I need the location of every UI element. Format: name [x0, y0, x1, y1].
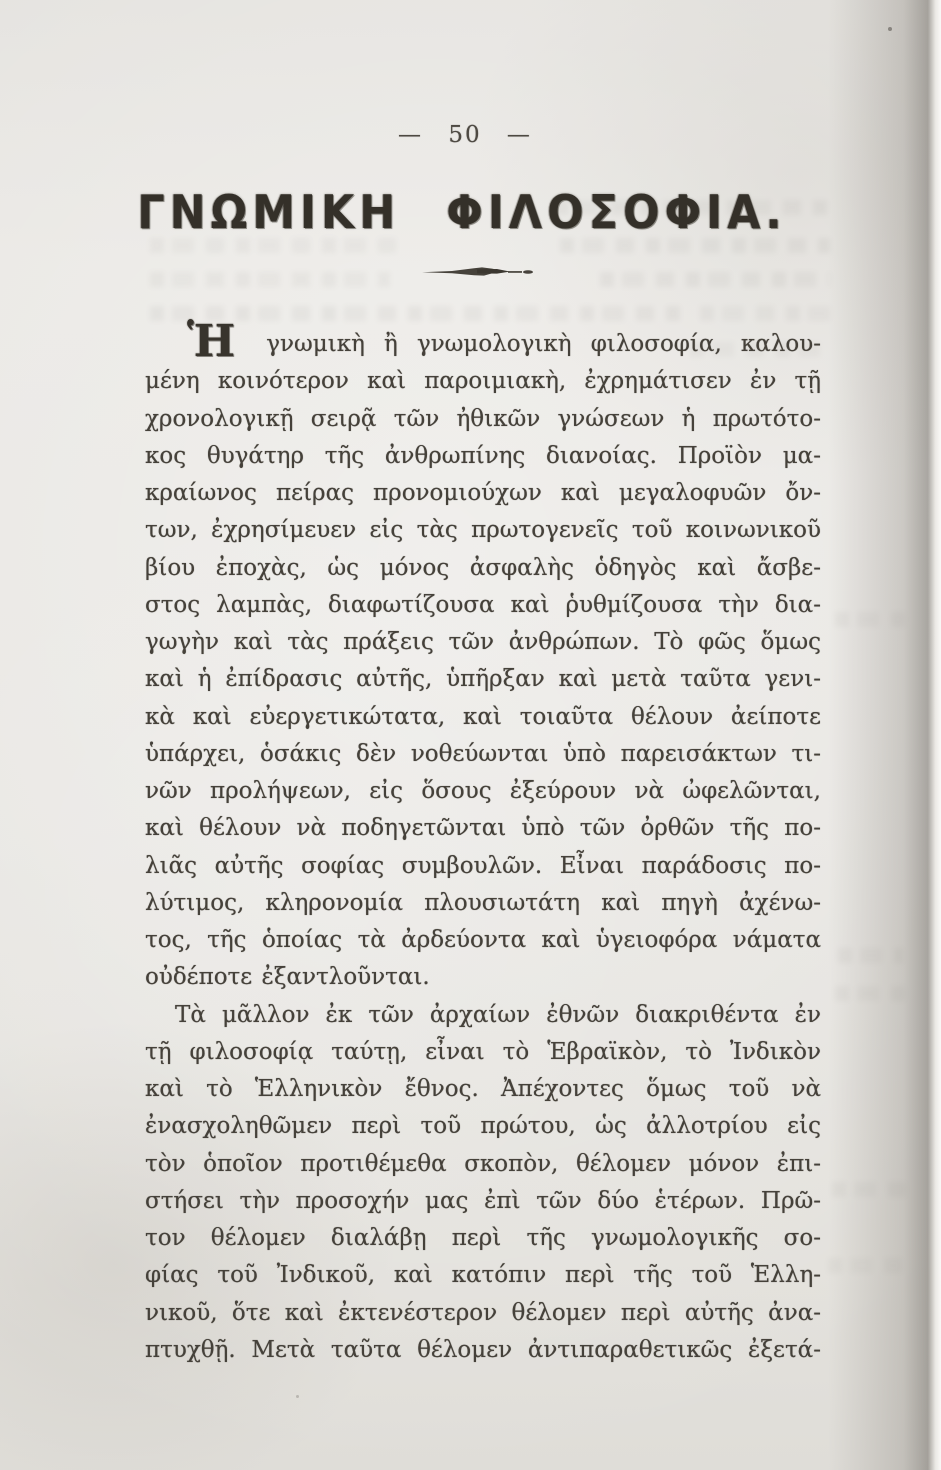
bleedthrough-artifact [700, 306, 830, 321]
text-line: στος λαμπὰς, διαφωτίζουσα καὶ ῥυθμίζουσα… [145, 587, 821, 624]
body-text: Ἡ γνωμικὴ ἢ γνωμολογικὴ φιλοσοφία, καλου… [145, 326, 821, 1369]
text-line: καὶ τὸ Ἑλληνικὸν ἔθνος. Ἀπέχοντες ὅμως τ… [145, 1071, 821, 1108]
bleedthrough-artifact [150, 272, 390, 287]
text-line: τον θέλομεν διαλάβῃ περὶ τῆς γνωμολογικῆ… [145, 1220, 821, 1257]
drop-cap-initial: Ἡ [187, 316, 237, 367]
text-line: καὶ θέλουν νὰ ποδηγετῶνται ὑπὸ τῶν ὀρθῶν… [145, 810, 821, 847]
bleedthrough-artifact [600, 272, 830, 287]
text-line: βίου ἐποχὰς, ὡς μόνος ἀσφαλὴς ὁδηγὸς καὶ… [145, 550, 821, 587]
bleedthrough-artifact [832, 1182, 907, 1197]
bleedthrough-artifact [835, 986, 905, 1001]
text-line: λύτιμος, κληρονομία πλουσιωτάτη καὶ πηγὴ… [145, 885, 821, 922]
text-line: νικοῦ, ὅτε καὶ ἐκτενέστερον θέλομεν περὶ… [145, 1295, 821, 1332]
text-line: ἐνασχοληθῶμεν περὶ τοῦ πρώτου, ὡς ἀλλοτρ… [145, 1108, 821, 1145]
text-line: τῇ φιλοσοφίᾳ ταύτῃ, εἶναι τὸ Ἑβραϊκὸν, τ… [145, 1034, 821, 1071]
bleedthrough-artifact [828, 1258, 908, 1273]
page-title: ΓΝΩΜΙΚΗ ΦΙΛΟΣΟΦΙΑ. [0, 186, 924, 240]
text-line: μένη κοινότερον καὶ παροιμιακὴ, ἐχρημάτι… [145, 363, 821, 400]
text-line: τὸν ὁποῖον προτιθέμεθα σκοπὸν, θέλομεν μ… [145, 1146, 821, 1183]
text-line: πτυχθῇ. Μετὰ ταῦτα θέλομεν ἀντιπαραθετικ… [145, 1332, 821, 1369]
text-line: γωγὴν καὶ τὰς πράξεις τῶν ἀνθρώπων. Τὸ φ… [145, 624, 821, 661]
text-line: κος θυγάτηρ τῆς ἀνθρωπίνης διανοίας. Προ… [145, 438, 821, 475]
text-line: τος, τῆς ὁποίας τὰ ἀρδεύοντα καὶ ὑγειοφό… [145, 922, 821, 959]
paragraph: Ἡ γνωμικὴ ἢ γνωμολογικὴ φιλοσοφία, καλου… [145, 326, 821, 997]
text-line: κραίωνος πείρας προνομιούχων καὶ μεγαλοφ… [145, 475, 821, 512]
paragraph: Τὰ μᾶλλον ἐκ τῶν ἀρχαίων ἐθνῶν διακριθέν… [145, 997, 821, 1370]
text-line: λιᾶς αὐτῆς σοφίας συμβουλῶν. Εἶναι παράδ… [145, 848, 821, 885]
page-number: — 50 — [0, 122, 930, 148]
bleedthrough-artifact [560, 238, 830, 253]
text-line: νῶν προλήψεων, εἰς ὅσους ἐξεύρουν νὰ ὠφε… [145, 773, 821, 810]
text-line: ὑπάρχει, ὁσάκις δὲν νοθεύωνται ὑπὸ παρει… [145, 736, 821, 773]
scanned-book-page: — 50 — ΓΝΩΜΙΚΗ ΦΙΛΟΣΟΦΙΑ. Ἡ γνωμικὴ ἢ γν… [0, 0, 941, 1470]
text-line: οὐδέποτε ἐξαντλοῦνται. [145, 959, 821, 996]
text-line: στήσει τὴν προσοχήν μας ἐπὶ τῶν δύο ἑτέρ… [145, 1183, 821, 1220]
text-line: χρονολογικῇ σειρᾷ τῶν ἠθικῶν γνώσεων ἡ π… [145, 401, 821, 438]
scan-speck [296, 1395, 299, 1398]
bleedthrough-artifact [835, 612, 905, 627]
divider-ornament [422, 266, 534, 278]
text-line: Τὰ μᾶλλον ἐκ τῶν ἀρχαίων ἐθνῶν διακριθέν… [145, 997, 821, 1034]
text-line: των, ἐχρησίμευεν εἰς τὰς πρωτογενεῖς τοῦ… [145, 512, 821, 549]
bleedthrough-artifact [150, 238, 400, 253]
bleedthrough-artifact [838, 948, 903, 963]
text-line: φίας τοῦ Ἰνδικοῦ, καὶ κατόπιν περὶ τῆς τ… [145, 1257, 821, 1294]
text-line: κὰ καὶ εὐεργετικώτατα, καὶ τοιαῦτα θέλου… [145, 699, 821, 736]
text-line: καὶ ἡ ἐπίδρασις αὐτῆς, ὑπῆρξαν καὶ μετὰ … [145, 661, 821, 698]
text-line: Ἡ γνωμικὴ ἢ γνωμολογικὴ φιλοσοφία, καλου… [145, 326, 821, 363]
scan-speck [888, 27, 892, 31]
